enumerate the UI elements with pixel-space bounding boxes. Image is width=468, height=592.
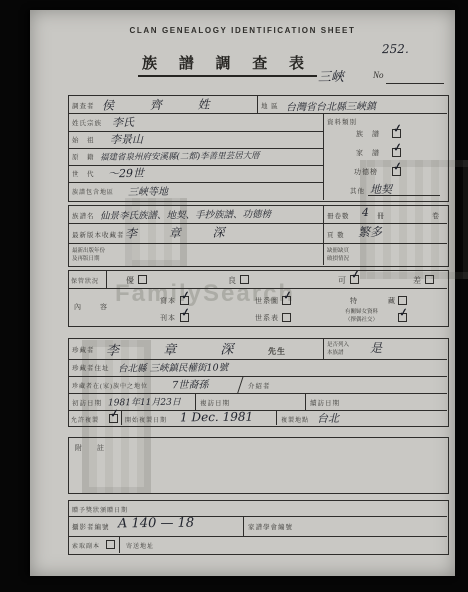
- condition-label: 保管狀況: [71, 276, 99, 285]
- keeper-address-label: 珍藏者住址: [72, 363, 110, 372]
- checkmark: ✓: [398, 305, 409, 319]
- notes-border: [68, 437, 449, 494]
- checkmark: ✓: [392, 140, 403, 154]
- no-underline: [386, 83, 444, 84]
- volumes-value: 4: [362, 206, 369, 219]
- ancestor-value: 李景山: [110, 131, 143, 147]
- content-item-label: 刊本: [160, 313, 176, 323]
- missing-label-line2: 破損情況: [327, 256, 349, 262]
- table4-line: [68, 410, 447, 411]
- keeper-value: 李 章 深: [106, 338, 253, 359]
- first-visit-label: 初訪日期: [72, 398, 102, 407]
- award-date-label: 贈予獎狀頒贈日期: [72, 505, 128, 514]
- table2-line: [68, 243, 447, 244]
- keeper-position-value: 7世裔孫: [172, 376, 209, 391]
- content-item-label: 世系圖: [255, 296, 279, 306]
- volumes-unit1: 冊: [377, 211, 385, 221]
- origin-value: 福建省泉州府安溪縣(二都)李善里芸居大厝: [100, 149, 260, 163]
- content-checkbox: [282, 313, 291, 322]
- listed-label-line1: 是否列入: [327, 342, 349, 348]
- second-visit-label: 複訪日期: [200, 398, 230, 407]
- table4-vline: [121, 410, 122, 425]
- bottom-table-line: [68, 536, 447, 537]
- copy-place-value: 台北: [317, 410, 339, 426]
- keeper-address-value: 台北縣 三峽鎮民權街10號: [118, 359, 228, 374]
- clan-label: 姓氏宗族: [72, 118, 102, 127]
- copy-request-checkbox: [106, 540, 115, 549]
- copy-date-label: 開始複製日期: [125, 415, 167, 424]
- keeper-position-label: 珍藏者在(家)族中之地位: [72, 381, 148, 390]
- publication-label-line1: 最新出版年份: [72, 248, 105, 254]
- table4-vline: [195, 393, 196, 410]
- content-item-label: 世系表: [255, 313, 279, 323]
- condition-checkbox: [425, 275, 434, 284]
- holder-value: 李 章 深: [125, 223, 239, 241]
- material-other-underline: [368, 195, 440, 196]
- content-item-label: 有關婦女資料（擇偶社交）: [345, 308, 378, 325]
- origin-label: 原 籍: [72, 152, 95, 161]
- photographer-number-value: A 140 — 18: [118, 516, 194, 532]
- regions-label: 族譜包含地區: [72, 187, 114, 196]
- genealogy-title-value: 仙景李氏族譜、地契、手抄族譜、功德榜: [100, 206, 271, 222]
- condition-option-label: 可: [338, 275, 347, 286]
- table4-vline: [305, 393, 306, 410]
- surveyor-label: 調查者: [72, 101, 95, 110]
- checkmark: ✓: [392, 121, 403, 135]
- material-item-label: 功德榜: [354, 167, 378, 177]
- page-number-handwritten: 252.: [382, 42, 409, 56]
- ancestor-label: 始 祖: [72, 135, 95, 144]
- table2-vline: [323, 205, 324, 265]
- clan-value: 李氏: [112, 114, 134, 130]
- table4-line: [68, 376, 447, 377]
- checkmark: ✓: [180, 288, 191, 302]
- copy-place-label: 複製地點: [281, 415, 309, 424]
- table4-vline: [323, 338, 324, 359]
- table4-vline: [276, 410, 277, 425]
- bottom-table-vline: [243, 516, 244, 536]
- listed-label: 是否列入本族譜: [327, 341, 349, 358]
- condition-checkbox: [138, 275, 147, 284]
- content-item-label: 寫本: [160, 296, 176, 306]
- copy-permission-label: 允許複製: [71, 415, 99, 424]
- keeper-label: 珍藏者: [72, 345, 95, 354]
- chinese-title: 族 譜 調 查 表: [138, 52, 317, 77]
- material-item-label: 族 譜: [356, 129, 380, 139]
- pages-value: 繁多: [358, 223, 382, 240]
- genealogy-form-paper: FamilySearch CLAN GENEALOGY IDENTIFICATI…: [30, 10, 455, 576]
- holder-label: 最新版本收藏者: [72, 230, 125, 239]
- listed-value: 是: [370, 339, 382, 356]
- checkmark: ✓: [350, 267, 361, 281]
- photographer-number-label: 攝影者編號: [72, 522, 110, 531]
- material-class-label: 資料類別: [327, 117, 357, 126]
- surveyor-value: 侯 齊 姓: [102, 95, 226, 113]
- regions-value: 三峽等地: [128, 183, 168, 198]
- keeper-suffix: 先生: [268, 346, 286, 357]
- copy-request-label: 索取副本: [72, 541, 100, 550]
- publication-label-line2: 及再版日期: [72, 256, 100, 262]
- pages-label: 頁 數: [327, 230, 345, 239]
- followup-visit-label: 續訪日期: [310, 398, 340, 407]
- content-checkbox: [398, 296, 407, 305]
- area-value: 台灣省台北縣三峽鎮: [286, 98, 376, 114]
- table4-line: [68, 393, 447, 394]
- checkmark: ✓: [180, 305, 191, 319]
- checkmark: ✓: [109, 406, 120, 420]
- material-item-label: 家 譜: [356, 148, 380, 158]
- bottom-table-vline: [119, 536, 120, 553]
- condition-option-label: 良: [228, 275, 237, 286]
- table1-line: [68, 182, 323, 183]
- table1-vline: [323, 113, 324, 200]
- missing-label-line1: 缺冊缺頁: [327, 248, 349, 254]
- english-title: CLAN GENEALOGY IDENTIFICATION SHEET: [30, 26, 455, 35]
- condition-option-label: 差: [413, 275, 422, 286]
- scanned-photo-frame: FamilySearch CLAN GENEALOGY IDENTIFICATI…: [0, 0, 468, 592]
- no-label: No: [373, 70, 384, 80]
- table1-line: [68, 165, 323, 166]
- table1-vline: [257, 95, 258, 113]
- generations-value: ～29世: [108, 165, 144, 181]
- volumes-label: 冊卷數: [327, 211, 350, 220]
- publication-label: 最新出版年份及再版日期: [72, 247, 105, 264]
- missing-label: 缺冊缺頁破損情況: [327, 247, 349, 264]
- mailing-address-label: 寄送地址: [126, 541, 154, 550]
- condition-checkbox: [240, 275, 249, 284]
- genealogy-title-label: 族譜名: [72, 211, 95, 220]
- copy-date-value: 1 Dec. 1981: [180, 410, 253, 425]
- women-data-sublabel: （擇偶社交）: [345, 317, 378, 323]
- listed-label-line2: 本族譜: [327, 350, 344, 356]
- content-label: 內 容: [74, 302, 113, 312]
- area-label: 地 區: [261, 101, 279, 110]
- table3-line: [68, 288, 447, 289]
- first-visit-value: 1981年11月23日: [108, 395, 181, 409]
- women-data-label: 有關婦女資料: [345, 309, 378, 315]
- place-handwritten: 三峽: [318, 66, 344, 85]
- notes-label: 附 註: [75, 443, 108, 453]
- checkmark: ✓: [392, 159, 403, 173]
- condition-option-label: 優: [126, 275, 135, 286]
- table1-line: [68, 131, 323, 132]
- society-number-label: 家譜學會編號: [248, 522, 293, 531]
- material-other-label: 其他: [350, 186, 365, 195]
- table3-vline: [106, 270, 107, 288]
- checkmark: ✓: [282, 288, 293, 302]
- introducer-label: 介紹者: [248, 381, 271, 390]
- volumes-unit2: 卷: [432, 211, 440, 221]
- generations-label: 世 代: [72, 169, 95, 178]
